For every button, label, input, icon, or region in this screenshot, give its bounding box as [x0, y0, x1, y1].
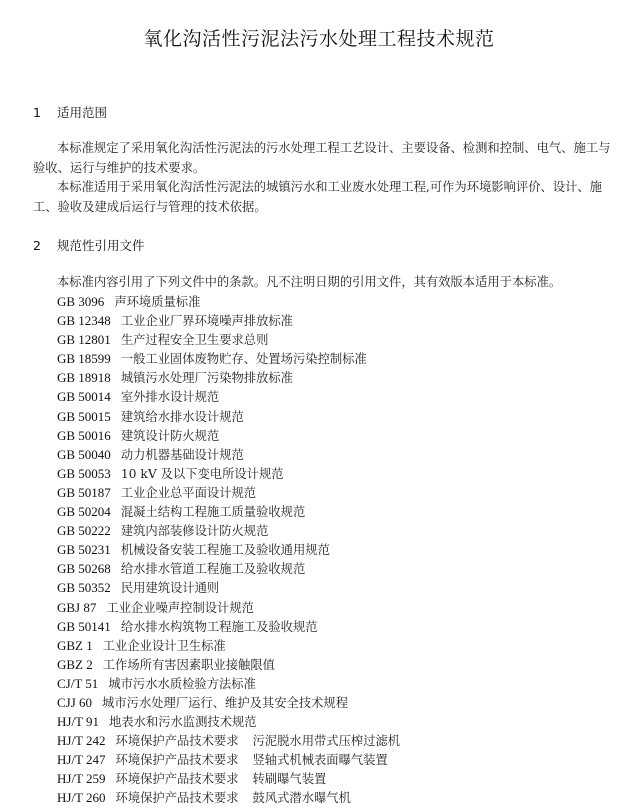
reference-item: GB 5005310 kV 及以下变电所设计规范 [57, 464, 400, 483]
reference-code: GB 50014 [57, 389, 111, 404]
reference-item: GB 50268给水排水管道工程施工及验收规范 [57, 559, 400, 578]
reference-title: 环境保护产品技术要求 [116, 753, 239, 767]
reference-item: GB 12348工业企业厂界环境噪声排放标准 [57, 311, 400, 330]
reference-title: 环境保护产品技术要求 [116, 772, 239, 786]
reference-item: HJ/T 259环境保护产品技术要求转刷曝气装置 [57, 769, 400, 788]
reference-item: HJ/T 260环境保护产品技术要求鼓风式潜水曝气机 [57, 788, 400, 807]
reference-code: GB 50015 [57, 409, 111, 424]
reference-title: 给水排水管道工程施工及验收规范 [121, 562, 305, 576]
reference-title: 城市污水水质检验方法标准 [108, 677, 256, 691]
reference-item: GB 50222建筑内部装修设计防火规范 [57, 521, 400, 540]
reference-item: CJ/T 51城市污水水质检验方法标准 [57, 674, 400, 693]
reference-title: 地表水和污水监测技术规范 [109, 715, 257, 729]
reference-title: 城市污水处理厂运行、维护及其安全技术规程 [102, 696, 348, 710]
scope-paragraph-1: 本标准规定了采用氧化沟活性污泥法的污水处理工程工艺设计、主要设备、检测和控制、电… [33, 139, 613, 178]
reference-code: GBZ 2 [57, 657, 93, 672]
reference-code: GB 50268 [57, 561, 111, 576]
reference-subtitle: 污泥脱水用带式压榨过滤机 [253, 734, 401, 748]
reference-code: HJ/T 259 [57, 771, 106, 786]
reference-code: GB 50222 [57, 523, 111, 538]
reference-title: 混凝土结构工程施工质量验收规范 [121, 505, 305, 519]
reference-item: HJ/T 91地表水和污水监测技术规范 [57, 712, 400, 731]
reference-title: 一般工业固体废物贮存、处置场污染控制标准 [121, 352, 367, 366]
reference-title: 工业企业总平面设计规范 [121, 486, 256, 500]
reference-title: 城镇污水处理厂污染物排放标准 [121, 371, 293, 385]
reference-item: GBZ 1工业企业设计卫生标准 [57, 636, 400, 655]
reference-code: GB 50040 [57, 447, 111, 462]
reference-title: 民用建筑设计通则 [121, 581, 219, 595]
reference-code: GB 18918 [57, 370, 111, 385]
reference-title: 建筑给水排水设计规范 [121, 410, 244, 424]
references-intro: 本标准内容引用了下列文件中的条款。凡不注明日期的引用文件，其有效版本适用于本标准… [57, 272, 561, 290]
reference-title: 给水排水构筑物工程施工及验收规范 [121, 620, 318, 634]
section-number: 1 [33, 105, 53, 120]
reference-item: HJ/T 247环境保护产品技术要求竖轴式机械表面曝气装置 [57, 750, 400, 769]
reference-item: GBZ 2工作场所有害因素职业接触限值 [57, 655, 400, 674]
reference-item: GB 50187工业企业总平面设计规范 [57, 483, 400, 502]
reference-item: GB 50352民用建筑设计通则 [57, 578, 400, 597]
reference-subtitle: 竖轴式机械表面曝气装置 [253, 753, 388, 767]
reference-title: 工作场所有害因素职业接触限值 [103, 658, 275, 672]
reference-title: 声环境质量标准 [114, 295, 200, 309]
document-title: 氧化沟活性污泥法污水处理工程技术规范 [0, 24, 638, 51]
reference-code: GB 50204 [57, 504, 111, 519]
reference-code: GB 50231 [57, 542, 111, 557]
section-2-heading: 2 规范性引用文件 [33, 236, 145, 254]
reference-code: CJ/T 51 [57, 676, 98, 691]
reference-item: GB 50016建筑设计防火规范 [57, 426, 400, 445]
section-number: 2 [33, 238, 53, 253]
reference-title: 工业企业厂界环境噪声排放标准 [121, 314, 293, 328]
reference-item: GBJ 87工业企业噪声控制设计规范 [57, 598, 400, 617]
section-title: 规范性引用文件 [57, 238, 145, 253]
reference-item: HJ/T 242环境保护产品技术要求污泥脱水用带式压榨过滤机 [57, 731, 400, 750]
reference-title: 工业企业设计卫生标准 [103, 639, 226, 653]
reference-title: 室外排水设计规范 [121, 390, 219, 404]
reference-code: GB 50016 [57, 428, 111, 443]
reference-title: 建筑设计防火规范 [121, 429, 219, 443]
reference-code: GB 12801 [57, 332, 111, 347]
reference-code: GBJ 87 [57, 600, 96, 615]
reference-code: GBZ 1 [57, 638, 93, 653]
reference-item: GB 50040动力机器基础设计规范 [57, 445, 400, 464]
section-1-heading: 1 适用范围 [33, 103, 107, 121]
reference-code: GB 50187 [57, 485, 111, 500]
reference-item: GB 18918城镇污水处理厂污染物排放标准 [57, 368, 400, 387]
reference-title: 动力机器基础设计规范 [121, 448, 244, 462]
reference-item: GB 50015建筑给水排水设计规范 [57, 407, 400, 426]
reference-item: GB 12801生产过程安全卫生要求总则 [57, 330, 400, 349]
reference-item: GB 50231机械设备安装工程施工及验收通用规范 [57, 540, 400, 559]
reference-title: 机械设备安装工程施工及验收通用规范 [121, 543, 330, 557]
reference-item: GB 50204混凝土结构工程施工质量验收规范 [57, 502, 400, 521]
reference-code: GB 50141 [57, 619, 111, 634]
reference-code: HJ/T 242 [57, 733, 106, 748]
reference-title: 工业企业噪声控制设计规范 [106, 601, 254, 615]
reference-subtitle: 鼓风式潜水曝气机 [253, 791, 351, 805]
reference-item: GB 3096声环境质量标准 [57, 292, 400, 311]
reference-item: CJJ 60城市污水处理厂运行、维护及其安全技术规程 [57, 693, 400, 712]
reference-code: HJ/T 91 [57, 714, 99, 729]
reference-code: HJ/T 247 [57, 752, 106, 767]
reference-code: HJ/T 260 [57, 790, 106, 805]
reference-item: GB 18599一般工业固体废物贮存、处置场污染控制标准 [57, 349, 400, 368]
reference-title: 建筑内部装修设计防火规范 [121, 524, 269, 538]
reference-code: GB 50352 [57, 580, 111, 595]
reference-item: GB 50014室外排水设计规范 [57, 387, 400, 406]
reference-code: GB 50053 [57, 466, 111, 481]
reference-title: 环境保护产品技术要求 [116, 791, 239, 805]
reference-list: GB 3096声环境质量标准GB 12348工业企业厂界环境噪声排放标准GB 1… [57, 292, 400, 808]
reference-title: 生产过程安全卫生要求总则 [121, 333, 269, 347]
reference-item: GB 50141给水排水构筑物工程施工及验收规范 [57, 617, 400, 636]
scope-paragraph-2: 本标准适用于采用氧化沟活性污泥法的城镇污水和工业废水处理工程,可作为环境影响评价… [33, 178, 613, 217]
reference-code: GB 18599 [57, 351, 111, 366]
reference-subtitle: 转刷曝气装置 [253, 772, 327, 786]
reference-title: 环境保护产品技术要求 [116, 734, 239, 748]
reference-title: 10 kV 及以下变电所设计规范 [121, 467, 284, 481]
reference-code: GB 12348 [57, 313, 111, 328]
reference-code: CJJ 60 [57, 695, 92, 710]
section-title: 适用范围 [57, 105, 107, 120]
reference-code: GB 3096 [57, 294, 104, 309]
